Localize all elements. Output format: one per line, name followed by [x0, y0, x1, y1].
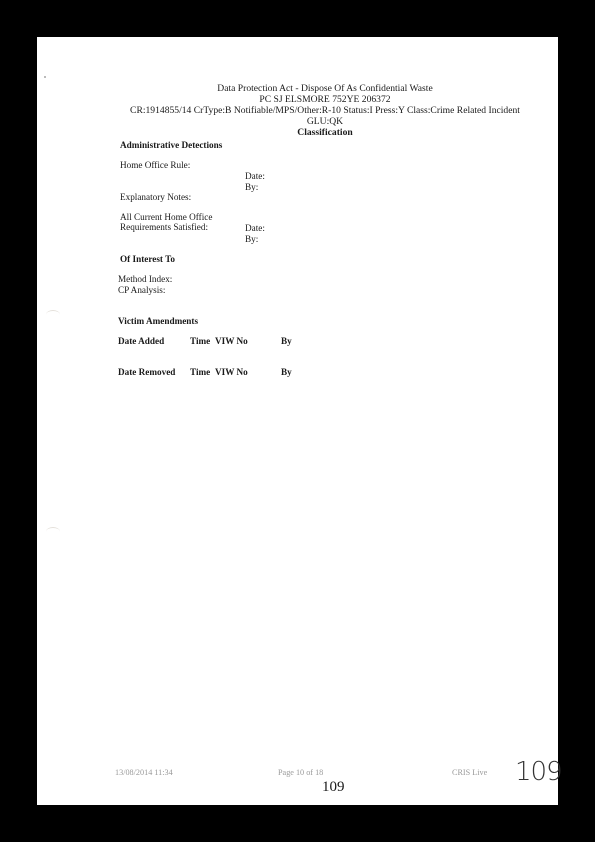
explanatory-notes-label: Explanatory Notes: [120, 192, 191, 202]
by-label: By: [245, 182, 258, 192]
column-viw-no: VIW No [215, 367, 248, 377]
column-date-removed: Date Removed [118, 367, 175, 377]
handwritten-page-number: 109 [515, 757, 562, 787]
admin-detections-heading: Administrative Detections [120, 140, 222, 150]
section-title: Classification [27, 127, 595, 138]
home-office-rule-label: Home Office Rule: [120, 160, 190, 170]
crime-reference-line: CR:1914855/14 CrType:B Notifiable/MPS/Ot… [27, 105, 595, 116]
print-timestamp: 13/08/2014 11:34 [115, 768, 173, 777]
system-name: CRIS Live [452, 768, 487, 777]
date-label: Date: [245, 171, 265, 181]
date-label: Date: [245, 223, 265, 233]
requirements-label-line1: All Current Home Office [120, 212, 212, 222]
page-info: Page 10 of 18 [278, 768, 323, 777]
column-by: By [281, 367, 292, 377]
hole-punch-mark [46, 527, 60, 536]
column-date-added: Date Added [118, 336, 164, 346]
victim-amendments-heading: Victim Amendments [118, 316, 198, 326]
of-interest-heading: Of Interest To [120, 254, 175, 264]
method-index-label: Method Index: [118, 274, 172, 284]
column-time: Time [190, 367, 210, 377]
page-number: 109 [322, 779, 345, 796]
column-by: By [281, 336, 292, 346]
officer-line: PC SJ ELSMORE 752YE 206372 [27, 94, 595, 105]
by-label: By: [245, 234, 258, 244]
document-page: Data Protection Act - Dispose Of As Conf… [37, 37, 558, 805]
scan-speck [44, 76, 46, 78]
column-time: Time [190, 336, 210, 346]
column-viw-no: VIW No [215, 336, 248, 346]
hole-punch-mark [46, 310, 60, 319]
cp-analysis-label: CP Analysis: [118, 285, 165, 295]
requirements-label-line2: Requirements Satisfied: [120, 222, 208, 232]
disposal-notice: Data Protection Act - Dispose Of As Conf… [27, 83, 595, 94]
glu-line: GLU:QK [27, 116, 595, 127]
